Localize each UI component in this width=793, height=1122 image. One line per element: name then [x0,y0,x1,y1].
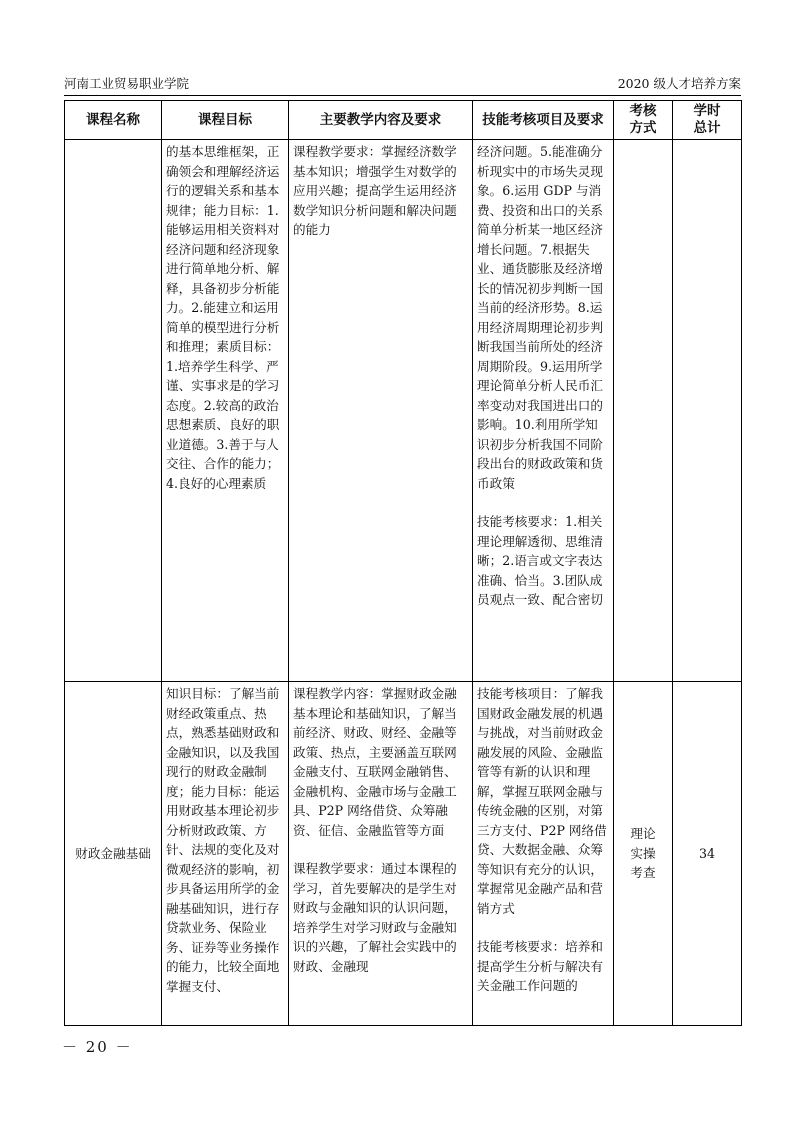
content-paragraph: 课程教学要求：掌握经济数学基本知识；增强学生对数学的应用兴趣；提高学生运用经济数… [293,142,468,240]
hours-cell: 34 [673,682,742,1026]
hours-cell [673,140,742,682]
table-row: 的基本思维框架，正确领会和理解经济运行的逻辑关系和基本规律；能力目标：1.能够运… [65,140,742,682]
skills-paragraph: 经济问题。5.能准确分析现实中的市场失灵现象。6.运用 GDP 与消费、投资和出… [477,142,609,493]
content-paragraph: 课程教学要求：通过本课程的学习，首先要解决的是学生对财政与金融知识的认识问题，培… [293,859,468,976]
content-cell: 课程教学要求：掌握经济数学基本知识；增强学生对数学的应用兴趣；提高学生运用经济数… [289,140,473,682]
course-name-cell [65,140,162,682]
column-header-hours: 学时 总计 [673,101,742,140]
objectives-cell: 的基本思维框架，正确领会和理解经济运行的逻辑关系和基本规律；能力目标：1.能够运… [162,140,289,682]
skills-paragraph: 技能考核项目：了解我国财政金融发展的机遇与挑战，对当前财政金融发展的风险、金融监… [477,684,609,918]
table-header-row: 课程名称 课程目标 主要教学内容及要求 技能考核项目及要求 考核 方式 学时 总… [65,101,742,140]
exam-method-line-2: 方式 [616,120,670,137]
exam-method-cell [614,140,673,682]
column-header-skills: 技能考核项目及要求 [473,101,614,140]
column-header-course-name: 课程名称 [65,101,162,140]
skills-cell: 技能考核项目：了解我国财政金融发展的机遇与挑战，对当前财政金融发展的风险、金融监… [473,682,614,1026]
exam-method-cell: 理论实操考查 [614,682,673,1026]
skills-paragraph: 技能考核要求：培养和提高学生分析与解决有关金融工作问题的 [477,937,609,996]
course-name-cell: 财政金融基础 [65,682,162,1026]
exam-method-line-1: 考核 [616,103,670,120]
institution-name: 河南工业贸易职业学院 [64,75,189,93]
document-title: 2020 级人才培养方案 [618,75,741,93]
content-cell: 课程教学内容：掌握财政金融基本理论和基础知识，了解当前经济、财政、财经、金融等政… [289,682,473,1026]
column-header-objectives: 课程目标 [162,101,289,140]
course-table: 课程名称 课程目标 主要教学内容及要求 技能考核项目及要求 考核 方式 学时 总… [64,100,742,1026]
skills-cell: 经济问题。5.能准确分析现实中的市场失灵现象。6.运用 GDP 与消费、投资和出… [473,140,614,682]
page-header: 河南工业贸易职业学院 2020 级人才培养方案 [64,75,741,96]
objectives-cell: 知识目标：了解当前财经政策重点、热点，熟悉基础财政和金融知识，以及我国现行的财政… [162,682,289,1026]
table-row: 财政金融基础 知识目标：了解当前财经政策重点、热点，熟悉基础财政和金融知识，以及… [65,682,742,1026]
hours-line-1: 学时 [675,103,739,120]
content-paragraph: 课程教学内容：掌握财政金融基本理论和基础知识，了解当前经济、财政、财经、金融等政… [293,684,468,840]
skills-paragraph: 技能考核要求：1.相关理论理解透彻、思维清晰；2.语言或文字表达准确、恰当。3.… [477,512,609,610]
column-header-content: 主要教学内容及要求 [289,101,473,140]
column-header-exam-method: 考核 方式 [614,101,673,140]
page-number: － 20 － [62,1036,133,1057]
hours-line-2: 总计 [675,120,739,137]
